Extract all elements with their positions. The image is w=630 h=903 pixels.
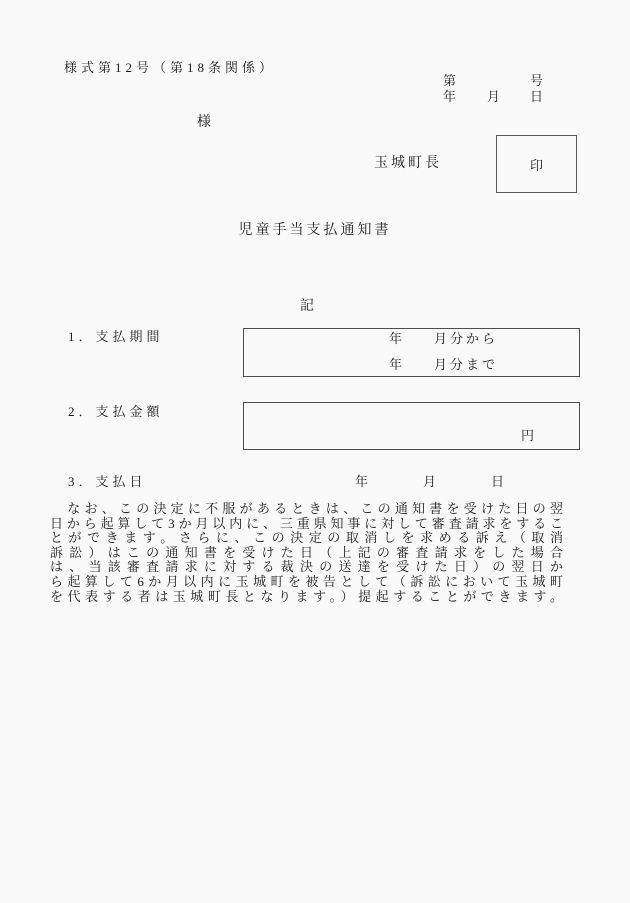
doc-number-prefix: 第 bbox=[443, 74, 456, 89]
notice-line: を代表する者は玉城町長となります。）提起することができます。 bbox=[50, 590, 563, 605]
document-title: 児童手当支払通知書 bbox=[0, 223, 630, 239]
payday-day-label: 日 bbox=[491, 475, 504, 490]
payment-period-box: 年 月分から 年 月分まで bbox=[243, 328, 580, 377]
period-from-suffix: 月分から bbox=[434, 332, 498, 347]
doc-number-suffix: 号 bbox=[530, 74, 543, 89]
issuer-name: 玉城町長 bbox=[374, 156, 442, 172]
item1-label: 1．支払期間 bbox=[68, 330, 164, 345]
yen-unit-label: 円 bbox=[521, 429, 534, 444]
period-to-year-label: 年 bbox=[389, 358, 402, 373]
date-day-label: 日 bbox=[530, 90, 543, 105]
item2-label: 2．支払金額 bbox=[68, 405, 164, 420]
period-to-suffix: 月分まで bbox=[434, 358, 498, 373]
notice-line: は、当該審査請求に対する裁決の送達を受けた日）の翌日か bbox=[50, 560, 563, 575]
payday-year-label: 年 bbox=[355, 475, 368, 490]
date-year-label: 年 bbox=[443, 90, 456, 105]
seal-box: 印 bbox=[496, 135, 577, 193]
notice-line: ら起算して6か月以内に玉城町を被告として（訴訟において玉城町 bbox=[50, 575, 563, 590]
period-from-year-label: 年 bbox=[389, 332, 402, 347]
notice-line: なお、この決定に不服があるときは、この通知書を受けた日の翌 bbox=[50, 502, 563, 517]
appeal-notice-paragraph: なお、この決定に不服があるときは、この通知書を受けた日の翌 日から起算して3か月… bbox=[50, 502, 563, 604]
form-number: 様式第12号（第18条関係） bbox=[64, 61, 276, 76]
addressee-suffix: 様 bbox=[197, 115, 211, 131]
notice-line: 訴訟）はこの通知書を受けた日（上記の審査請求をした場合 bbox=[50, 546, 563, 561]
item3-label: 3．支払日 bbox=[68, 475, 147, 490]
notice-line: 日から起算して3か月以内に、三重県知事に対して審査請求をするこ bbox=[50, 517, 563, 532]
ki-heading: 記 bbox=[0, 299, 622, 315]
payment-amount-box: 円 bbox=[243, 402, 580, 450]
payday-month-label: 月 bbox=[423, 475, 436, 490]
seal-label: 印 bbox=[530, 155, 543, 174]
document-page: 様式第12号（第18条関係） 第 号 年 月 日 様 玉城町長 印 児童手当支払… bbox=[0, 0, 630, 903]
notice-line: とができます。さらに、この決定の取消しを求める訴え（取消 bbox=[50, 531, 563, 546]
date-month-label: 月 bbox=[487, 90, 500, 105]
